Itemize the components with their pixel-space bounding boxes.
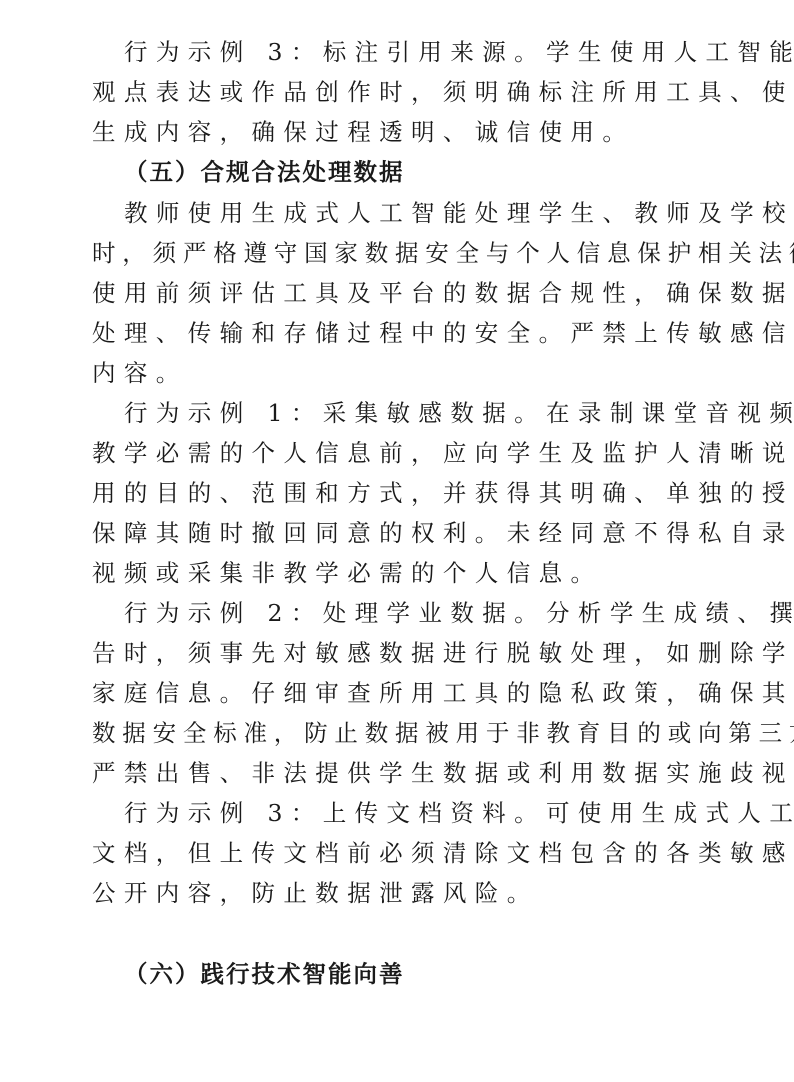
paragraph-line: 使用前须评估工具及平台的数据合规性，确保数据在采集、 (92, 273, 694, 313)
paragraph-line: 严禁出售、非法提供学生数据或利用数据实施歧视与牟利。 (92, 753, 694, 793)
paragraph-line: 保障其随时撤回同意的权利。未经同意不得私自录制课堂音 (92, 513, 694, 553)
paragraph-line: 告时，须事先对敏感数据进行脱敏处理，如删除学生姓名和 (92, 633, 694, 673)
paragraph-line: 公开内容，防止数据泄露风险。 (92, 873, 694, 913)
document-page: 行为示例 3：标注引用来源。学生使用人工智能辅助完成 观点表达或作品创作时，须明… (0, 0, 794, 1082)
section-6-heading: （六）践行技术智能向善 (124, 954, 405, 994)
paragraph-line: 用的目的、范围和方式，并获得其明确、单独的授权，同时 (92, 473, 694, 513)
paragraph-line: 内容。 (92, 353, 694, 393)
paragraph-line: 视频或采集非教学必需的个人信息。 (92, 553, 694, 593)
paragraph-line: 数据安全标准，防止数据被用于非教育目的或向第三方共享。 (92, 713, 694, 753)
paragraph-line: 行为示例 3：标注引用来源。学生使用人工智能辅助完成 (124, 32, 694, 72)
paragraph-line: 文档，但上传文档前必须清除文档包含的各类敏感信息与未 (92, 833, 694, 873)
paragraph-line: 观点表达或作品创作时，须明确标注所用工具、使用环节及 (92, 72, 694, 112)
paragraph-line: 行为示例 3：上传文档资料。可使用生成式人工智能处理 (124, 793, 694, 833)
paragraph-line: 处理、传输和存储过程中的安全。严禁上传敏感信息与涉密 (92, 313, 694, 353)
paragraph-line: 行为示例 2：处理学业数据。分析学生成绩、撰写学业报 (124, 593, 694, 633)
paragraph-line: 生成内容，确保过程透明、诚信使用。 (92, 112, 694, 152)
paragraph-line: 教师使用生成式人工智能处理学生、教师及学校相关数据 (124, 193, 694, 233)
paragraph-line: 家庭信息。仔细审查所用工具的隐私政策，确保其符合教育 (92, 673, 694, 713)
paragraph-line: 行为示例 1：采集敏感数据。在录制课堂音视频或收集非 (124, 393, 694, 433)
paragraph-line: 教学必需的个人信息前，应向学生及监护人清晰说明数据使 (92, 433, 694, 473)
paragraph-line: 时，须严格遵守国家数据安全与个人信息保护相关法律法规。 (92, 233, 694, 273)
section-5-heading: （五）合规合法处理数据 (124, 152, 405, 192)
